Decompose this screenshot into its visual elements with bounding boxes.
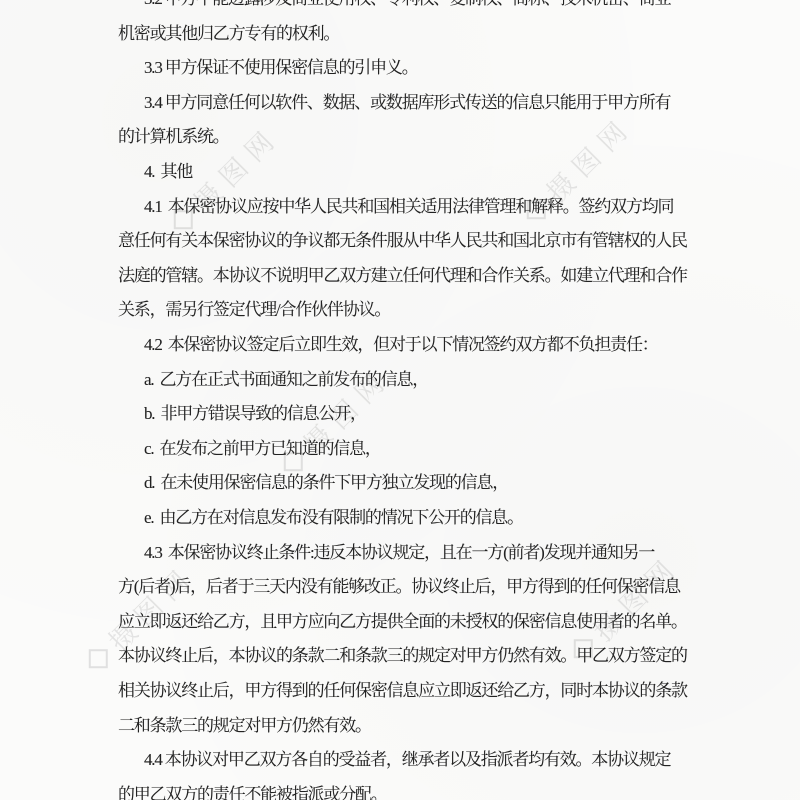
doc-line-11: 4.2 本保密协议签定后立即生效，但对于以下情况签约双方都不负担责任：	[144, 334, 658, 355]
doc-line-21: 相关协议终止后，甲方得到的任何保密信息应立即返还给乙方，同时本协议的条款	[118, 680, 687, 701]
doc-line-3: 3.3 甲方保证不使用保密信息的引申义。	[144, 57, 418, 78]
doc-line-6: 4. 其他	[144, 161, 192, 182]
doc-line-8: 意任何有关本保密协议的争议都无条件服从中华人民共和国北京市有管辖权的人民	[118, 230, 687, 251]
doc-line-19: 应立即返还给乙方，且甲方应向乙方提供全面的未授权的保密信息使用者的名单。	[118, 611, 687, 632]
document-page: 摄图网摄图网摄图网摄图网摄图网 3.2 甲方不能透露涉及商业使用权、专利权、复制…	[0, 0, 800, 800]
doc-line-1: 3.2 甲方不能透露涉及商业使用权、专利权、复制权、商标、技术机密、商业	[144, 0, 670, 9]
doc-line-7: 4.1 本保密协议应按中华人民共和国相关适用法律管理和解释。签约双方均同	[144, 196, 673, 217]
doc-line-12: a. 乙方在正式书面通知之前发布的信息，	[144, 369, 428, 390]
doc-line-4: 3.4 甲方同意任何以软件、数据、或数据库形式传送的信息只能用于甲方所有	[144, 92, 670, 113]
doc-line-13: b. 非甲方错误导致的信息公开，	[144, 403, 366, 424]
doc-line-24: 的甲乙双方的责任不能被指派或分配。	[118, 784, 387, 800]
doc-line-18: 方(后者)后，后者于三天内没有能够改正。协议终止后，甲方得到的任何保密信息	[118, 576, 680, 597]
text-layer: 3.2 甲方不能透露涉及商业使用权、专利权、复制权、商标、技术机密、商业机密或其…	[0, 0, 800, 800]
doc-line-2: 机密或其他归乙方专有的权利。	[118, 23, 339, 44]
doc-line-22: 二和条款三的规定对甲方仍然有效。	[118, 715, 371, 736]
doc-line-15: d. 在未使用保密信息的条件下甲方独立发现的信息，	[144, 472, 508, 493]
doc-line-23: 4.4 本协议对甲乙双方各自的受益者，继承者以及指派者均有效。本协议规定	[144, 749, 670, 770]
doc-line-16: e. 由乙方在对信息发布没有限制的情况下公开的信息。	[144, 507, 523, 528]
doc-line-20: 本协议终止后，本协议的条款二和条款三的规定对甲方仍然有效。甲乙双方签定的	[118, 645, 687, 666]
doc-line-5: 的计算机系统。	[118, 126, 229, 147]
doc-line-17: 4.3 本保密协议终止条件:违反本协议规定，且在一方(前者)发现并通知另一	[144, 542, 654, 563]
doc-line-10: 关系，需另行签定代理/合作伙伴协议。	[118, 299, 390, 320]
doc-line-14: c. 在发布之前甲方已知道的信息，	[144, 438, 381, 459]
doc-line-9: 法庭的管辖。本协议不说明甲乙双方建立任何代理和合作关系。如建立代理和合作	[118, 265, 687, 286]
